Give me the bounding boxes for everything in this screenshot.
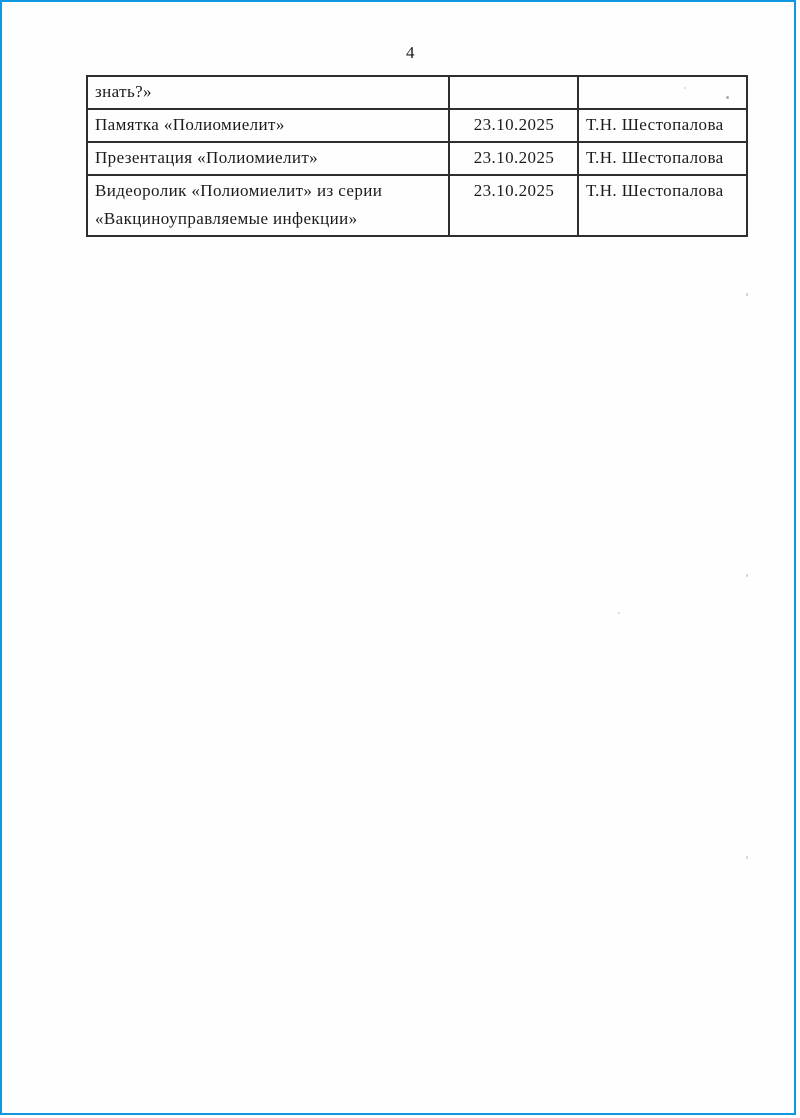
scan-artifact-dot	[746, 574, 748, 577]
material-date-cell: 23.10.2025	[449, 175, 578, 236]
table-row: знать?»	[87, 76, 747, 109]
material-title-cell: Памятка «Полиомиелит»	[87, 109, 449, 142]
material-person-cell: Т.Н. Шестопалова	[578, 142, 747, 175]
table-row: Видеоролик «Полиомиелит» из серии «Вакци…	[87, 175, 747, 236]
material-date-cell: 23.10.2025	[449, 142, 578, 175]
scanned-document-page: 4 знать?» Памятка «Полиомиелит» 23.10.20…	[0, 0, 800, 1118]
scan-artifact-dot	[746, 293, 748, 296]
material-title-cell: Видеоролик «Полиомиелит» из серии «Вакци…	[87, 175, 449, 236]
table-row: Презентация «Полиомиелит» 23.10.2025 Т.Н…	[87, 142, 747, 175]
material-date-cell	[449, 76, 578, 109]
scan-artifact-dot	[746, 856, 748, 859]
scan-artifact-dot	[618, 612, 620, 614]
material-date-cell: 23.10.2025	[449, 109, 578, 142]
material-title-cell: знать?»	[87, 76, 449, 109]
material-person-cell	[578, 76, 747, 109]
page-number: 4	[406, 43, 415, 63]
table-row: Памятка «Полиомиелит» 23.10.2025 Т.Н. Ше…	[87, 109, 747, 142]
material-person-cell: Т.Н. Шестопалова	[578, 109, 747, 142]
material-person-cell: Т.Н. Шестопалова	[578, 175, 747, 236]
material-title-cell: Презентация «Полиомиелит»	[87, 142, 449, 175]
materials-table: знать?» Памятка «Полиомиелит» 23.10.2025…	[86, 75, 748, 237]
